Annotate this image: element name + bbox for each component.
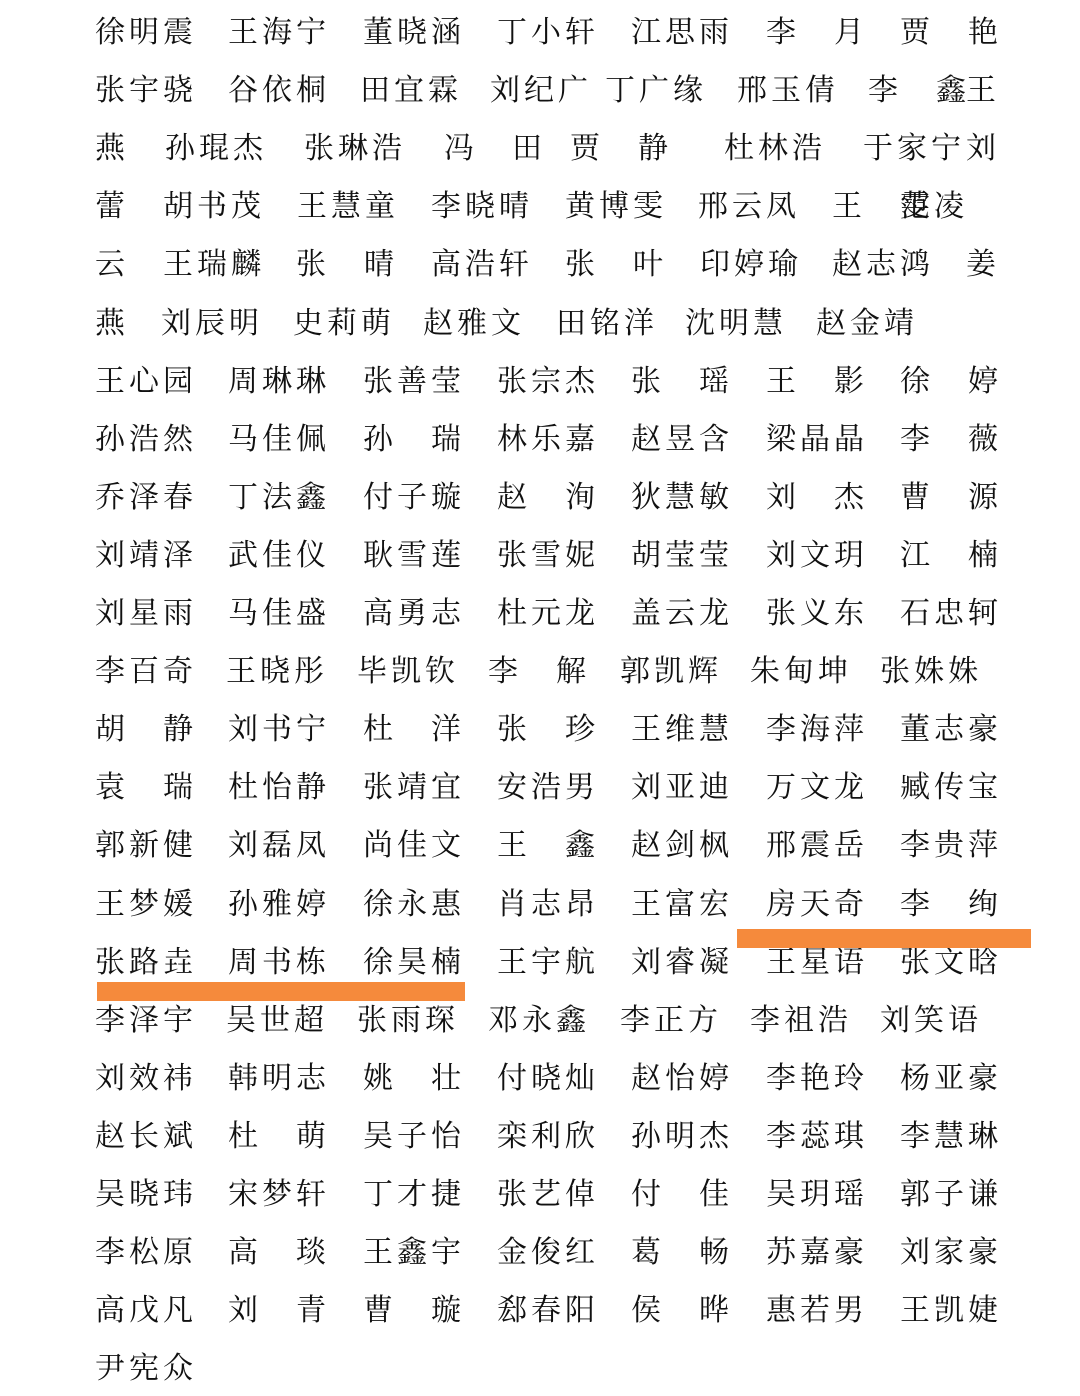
person-name: 郭子谦 bbox=[900, 1166, 1002, 1224]
person-name: 董志豪 bbox=[900, 701, 1002, 759]
name-row: 尹宪众 bbox=[0, 1340, 1080, 1396]
person-name: 李正方 bbox=[620, 992, 722, 1050]
person-name: 吴晓玮 bbox=[95, 1166, 197, 1224]
person-name: 蕾 bbox=[95, 178, 129, 236]
person-name: 王慧童 bbox=[297, 178, 399, 236]
name-row: 李百奇王晓彤毕凯钦李 解郭凯辉朱甸坤张姝姝 bbox=[0, 643, 1080, 701]
person-name: 刘睿凝 bbox=[631, 934, 733, 992]
person-name: 安浩男 bbox=[497, 759, 599, 817]
name-row: 李松原高 琰王鑫宇金俊红葛 畅苏嘉豪刘家豪 bbox=[0, 1224, 1080, 1282]
person-name: 王瑞麟 bbox=[163, 236, 265, 294]
person-name: 侯 晔 bbox=[631, 1282, 733, 1340]
person-name: 杜怡静 bbox=[228, 759, 330, 817]
person-name: 王宇航 bbox=[497, 934, 599, 992]
person-name: 李海萍 bbox=[766, 701, 868, 759]
name-row: 张宇骁谷依桐田宜霖刘纪广丁广缘邢玉倩李 鑫王 bbox=[0, 62, 1080, 120]
person-name: 张 叶 bbox=[565, 236, 667, 294]
person-name: 刘 杰 bbox=[766, 469, 868, 527]
person-name: 房天奇 bbox=[766, 876, 868, 934]
name-row: 袁 瑞杜怡静张靖宜安浩男刘亚迪万文龙臧传宝 bbox=[0, 759, 1080, 817]
person-name: 栾利欣 bbox=[497, 1108, 599, 1166]
person-name: 刘效祎 bbox=[95, 1050, 197, 1108]
person-name: 苏嘉豪 bbox=[766, 1224, 868, 1282]
person-name: 王 鑫 bbox=[497, 817, 599, 875]
name-row: 赵长斌杜 萌吴子怡栾利欣孙明杰李蕊琪李慧琳 bbox=[0, 1108, 1080, 1166]
person-name: 张义东 bbox=[766, 585, 868, 643]
person-name: 姚 壮 bbox=[363, 1050, 465, 1108]
person-name: 朱甸坤 bbox=[750, 643, 852, 701]
name-row: 徐明震王海宁董晓涵丁小轩江思雨李 月贾 艳 bbox=[0, 4, 1080, 62]
person-name: 李 鑫 bbox=[868, 62, 970, 120]
person-name: 江思雨 bbox=[631, 4, 733, 62]
person-name: 王晓彤 bbox=[226, 643, 328, 701]
person-name: 徐 婷 bbox=[900, 353, 1002, 411]
person-name: 宋梦轩 bbox=[228, 1166, 330, 1224]
person-name: 刘 bbox=[966, 120, 1000, 178]
person-name: 徐永惠 bbox=[363, 876, 465, 934]
person-name: 史莉萌 bbox=[293, 295, 395, 353]
person-name: 张姝姝 bbox=[880, 643, 982, 701]
person-name: 田宜霖 bbox=[360, 62, 462, 120]
person-name: 黄博雯 bbox=[565, 178, 667, 236]
person-name: 付 佳 bbox=[631, 1166, 733, 1224]
person-name: 杨亚豪 bbox=[900, 1050, 1002, 1108]
person-name: 燕 bbox=[95, 120, 129, 178]
person-name: 邢云凤 bbox=[698, 178, 800, 236]
person-name: 刘星雨 bbox=[95, 585, 197, 643]
person-name: 石忠轲 bbox=[900, 585, 1002, 643]
person-name: 李晓晴 bbox=[431, 178, 533, 236]
person-name: 赵长斌 bbox=[95, 1108, 197, 1166]
person-name: 惠若男 bbox=[766, 1282, 868, 1340]
name-row: 孙浩然马佳佩孙 瑞林乐嘉赵昱含梁晶晶李 薇 bbox=[0, 411, 1080, 469]
person-name: 林乐嘉 bbox=[497, 411, 599, 469]
person-name: 刘文玥 bbox=[766, 527, 868, 585]
person-name: 吴子怡 bbox=[363, 1108, 465, 1166]
name-row: 燕刘辰明史莉萌赵雅文田铭洋沈明慧赵金靖 bbox=[0, 295, 1080, 353]
highlight-underline bbox=[737, 929, 1031, 948]
name-row: 刘靖泽武佳仪耿雪莲张雪妮胡莹莹刘文玥江 楠 bbox=[0, 527, 1080, 585]
person-name: 王鑫宇 bbox=[363, 1224, 465, 1282]
person-name: 张宇骁 bbox=[95, 62, 197, 120]
person-name: 杜 洋 bbox=[363, 701, 465, 759]
person-name: 毕凯钦 bbox=[357, 643, 459, 701]
person-name: 耿雪莲 bbox=[363, 527, 465, 585]
person-name: 杜 萌 bbox=[228, 1108, 330, 1166]
person-name: 付子璇 bbox=[363, 469, 465, 527]
person-name: 徐明震 bbox=[95, 4, 197, 62]
person-name: 王梦媛 bbox=[95, 876, 197, 934]
person-name: 郄春阳 bbox=[497, 1282, 599, 1340]
person-name: 赵 洵 bbox=[497, 469, 599, 527]
person-name: 杜林浩 bbox=[724, 120, 826, 178]
person-name: 张善莹 bbox=[363, 353, 465, 411]
person-name: 胡莹莹 bbox=[631, 527, 733, 585]
person-name: 赵昱含 bbox=[631, 411, 733, 469]
person-name: 谷依桐 bbox=[228, 62, 330, 120]
person-name: 丁法鑫 bbox=[228, 469, 330, 527]
person-name: 李 解 bbox=[488, 643, 590, 701]
person-name: 万文龙 bbox=[766, 759, 868, 817]
person-name: 梁晶晶 bbox=[766, 411, 868, 469]
name-row: 王心园周琳琳张善莹张宗杰张 瑶王 影徐 婷 bbox=[0, 353, 1080, 411]
person-name: 胡书茂 bbox=[163, 178, 265, 236]
person-name: 曹 源 bbox=[900, 469, 1002, 527]
person-name: 马佳盛 bbox=[228, 585, 330, 643]
name-row: 王梦媛孙雅婷徐永惠肖志昂王富宏房天奇李 绚 bbox=[0, 876, 1080, 934]
person-name: 尚佳文 bbox=[363, 817, 465, 875]
person-name: 丁广缘 bbox=[605, 62, 707, 120]
person-name: 韩明志 bbox=[228, 1050, 330, 1108]
person-name: 王富宏 bbox=[631, 876, 733, 934]
person-name: 张 珍 bbox=[497, 701, 599, 759]
person-name: 王 bbox=[966, 62, 1000, 120]
name-row: 乔泽春丁法鑫付子璇赵 洵狄慧敏刘 杰曹 源 bbox=[0, 469, 1080, 527]
person-name: 邓永鑫 bbox=[488, 992, 590, 1050]
person-name: 印婷瑜 bbox=[700, 236, 802, 294]
person-name: 高 琰 bbox=[228, 1224, 330, 1282]
person-name: 王 影 bbox=[766, 353, 868, 411]
person-name: 李蕊琪 bbox=[766, 1108, 868, 1166]
highlight-underline bbox=[97, 982, 465, 1001]
person-name: 王海宁 bbox=[228, 4, 330, 62]
person-name: 王凯婕 bbox=[900, 1282, 1002, 1340]
person-name: 吴玥瑶 bbox=[766, 1166, 868, 1224]
person-name: 李松原 bbox=[95, 1224, 197, 1282]
person-name: 马佳佩 bbox=[228, 411, 330, 469]
person-name: 胡 静 bbox=[95, 701, 197, 759]
person-name: 张 晴 bbox=[296, 236, 398, 294]
person-name: 赵怡婷 bbox=[631, 1050, 733, 1108]
person-name: 李 月 bbox=[766, 4, 868, 62]
person-name: 孙琨杰 bbox=[165, 120, 267, 178]
person-name: 赵志鸿 bbox=[832, 236, 934, 294]
name-row: 高戊凡刘 青曹 璇郄春阳侯 晔惠若男王凯婕 bbox=[0, 1282, 1080, 1340]
name-row: 刘星雨马佳盛高勇志杜元龙盖云龙张义东石忠轲 bbox=[0, 585, 1080, 643]
person-name: 董晓涵 bbox=[363, 4, 465, 62]
person-name: 李百奇 bbox=[95, 643, 197, 701]
person-name: 张琳浩 bbox=[304, 120, 406, 178]
person-name: 赵雅文 bbox=[423, 295, 525, 353]
person-name: 刘书宁 bbox=[228, 701, 330, 759]
name-row: 云王瑞麟张 晴高浩轩张 叶印婷瑜赵志鸿姜 bbox=[0, 236, 1080, 294]
person-name: 金俊红 bbox=[497, 1224, 599, 1282]
person-name: 丁小轩 bbox=[497, 4, 599, 62]
person-name: 李 薇 bbox=[900, 411, 1002, 469]
person-name: 高勇志 bbox=[363, 585, 465, 643]
person-name: 孙浩然 bbox=[95, 411, 197, 469]
person-name: 刘磊凤 bbox=[228, 817, 330, 875]
person-name: 狄慧敏 bbox=[631, 469, 733, 527]
person-name: 孙雅婷 bbox=[228, 876, 330, 934]
person-name: 燕 bbox=[95, 295, 129, 353]
person-name: 曹 璇 bbox=[363, 1282, 465, 1340]
person-name: 云 bbox=[95, 236, 129, 294]
person-name: 李慧琳 bbox=[900, 1108, 1002, 1166]
person-name: 盖云龙 bbox=[631, 585, 733, 643]
name-row: 胡 静刘书宁杜 洋张 珍王维慧李海萍董志豪 bbox=[0, 701, 1080, 759]
person-name: 刘家豪 bbox=[900, 1224, 1002, 1282]
person-name: 武佳仪 bbox=[228, 527, 330, 585]
person-name: 贾 静 bbox=[570, 120, 672, 178]
person-name: 尹宪众 bbox=[95, 1340, 197, 1396]
person-name: 张 瑶 bbox=[631, 353, 733, 411]
person-name: 丁才捷 bbox=[363, 1166, 465, 1224]
person-name: 田铭洋 bbox=[556, 295, 658, 353]
person-name: 邢震岳 bbox=[766, 817, 868, 875]
person-name: 肖志昂 bbox=[497, 876, 599, 934]
person-name: 范凌 bbox=[900, 178, 968, 236]
person-name: 王心园 bbox=[95, 353, 197, 411]
person-name: 刘笑语 bbox=[880, 992, 982, 1050]
person-name: 高浩轩 bbox=[431, 236, 533, 294]
person-name: 乔泽春 bbox=[95, 469, 197, 527]
name-row: 蕾胡书茂王慧童李晓晴黄博雯邢云凤王 雯范凌 bbox=[0, 178, 1080, 236]
person-name: 张靖宜 bbox=[363, 759, 465, 817]
person-name: 贾 艳 bbox=[900, 4, 1002, 62]
person-name: 赵剑枫 bbox=[631, 817, 733, 875]
person-name: 李艳玲 bbox=[766, 1050, 868, 1108]
person-name: 赵金靖 bbox=[816, 295, 918, 353]
person-name: 于家宁 bbox=[863, 120, 965, 178]
person-name: 李祖浩 bbox=[750, 992, 852, 1050]
name-row: 燕孙琨杰张琳浩冯 田贾 静杜林浩于家宁刘 bbox=[0, 120, 1080, 178]
person-name: 袁 瑞 bbox=[95, 759, 197, 817]
person-name: 冯 田 bbox=[444, 120, 546, 178]
person-name: 杜元龙 bbox=[497, 585, 599, 643]
person-name: 孙 瑞 bbox=[363, 411, 465, 469]
person-name: 姜 bbox=[966, 236, 1000, 294]
person-name: 刘辰明 bbox=[161, 295, 263, 353]
person-name: 郭新健 bbox=[95, 817, 197, 875]
person-name: 张艺倬 bbox=[497, 1166, 599, 1224]
person-name: 孙明杰 bbox=[631, 1108, 733, 1166]
person-name: 刘靖泽 bbox=[95, 527, 197, 585]
name-row: 郭新健刘磊凤尚佳文王 鑫赵剑枫邢震岳李贵萍 bbox=[0, 817, 1080, 875]
person-name: 王维慧 bbox=[631, 701, 733, 759]
person-name: 高戊凡 bbox=[95, 1282, 197, 1340]
person-name: 臧传宝 bbox=[900, 759, 1002, 817]
person-name: 周琳琳 bbox=[228, 353, 330, 411]
person-name: 刘亚迪 bbox=[631, 759, 733, 817]
person-name: 刘 青 bbox=[228, 1282, 330, 1340]
person-name: 郭凯辉 bbox=[620, 643, 722, 701]
person-name: 沈明慧 bbox=[685, 295, 787, 353]
person-name: 李 绚 bbox=[900, 876, 1002, 934]
person-name: 邢玉倩 bbox=[737, 62, 839, 120]
name-row: 刘效祎韩明志姚 壮付晓灿赵怡婷李艳玲杨亚豪 bbox=[0, 1050, 1080, 1108]
person-name: 葛 畅 bbox=[631, 1224, 733, 1282]
person-name: 刘纪广 bbox=[490, 62, 592, 120]
person-name: 李贵萍 bbox=[900, 817, 1002, 875]
person-name: 张宗杰 bbox=[497, 353, 599, 411]
person-name: 张雪妮 bbox=[497, 527, 599, 585]
name-row: 吴晓玮宋梦轩丁才捷张艺倬付 佳吴玥瑶郭子谦 bbox=[0, 1166, 1080, 1224]
person-name: 付晓灿 bbox=[497, 1050, 599, 1108]
person-name: 江 楠 bbox=[900, 527, 1002, 585]
